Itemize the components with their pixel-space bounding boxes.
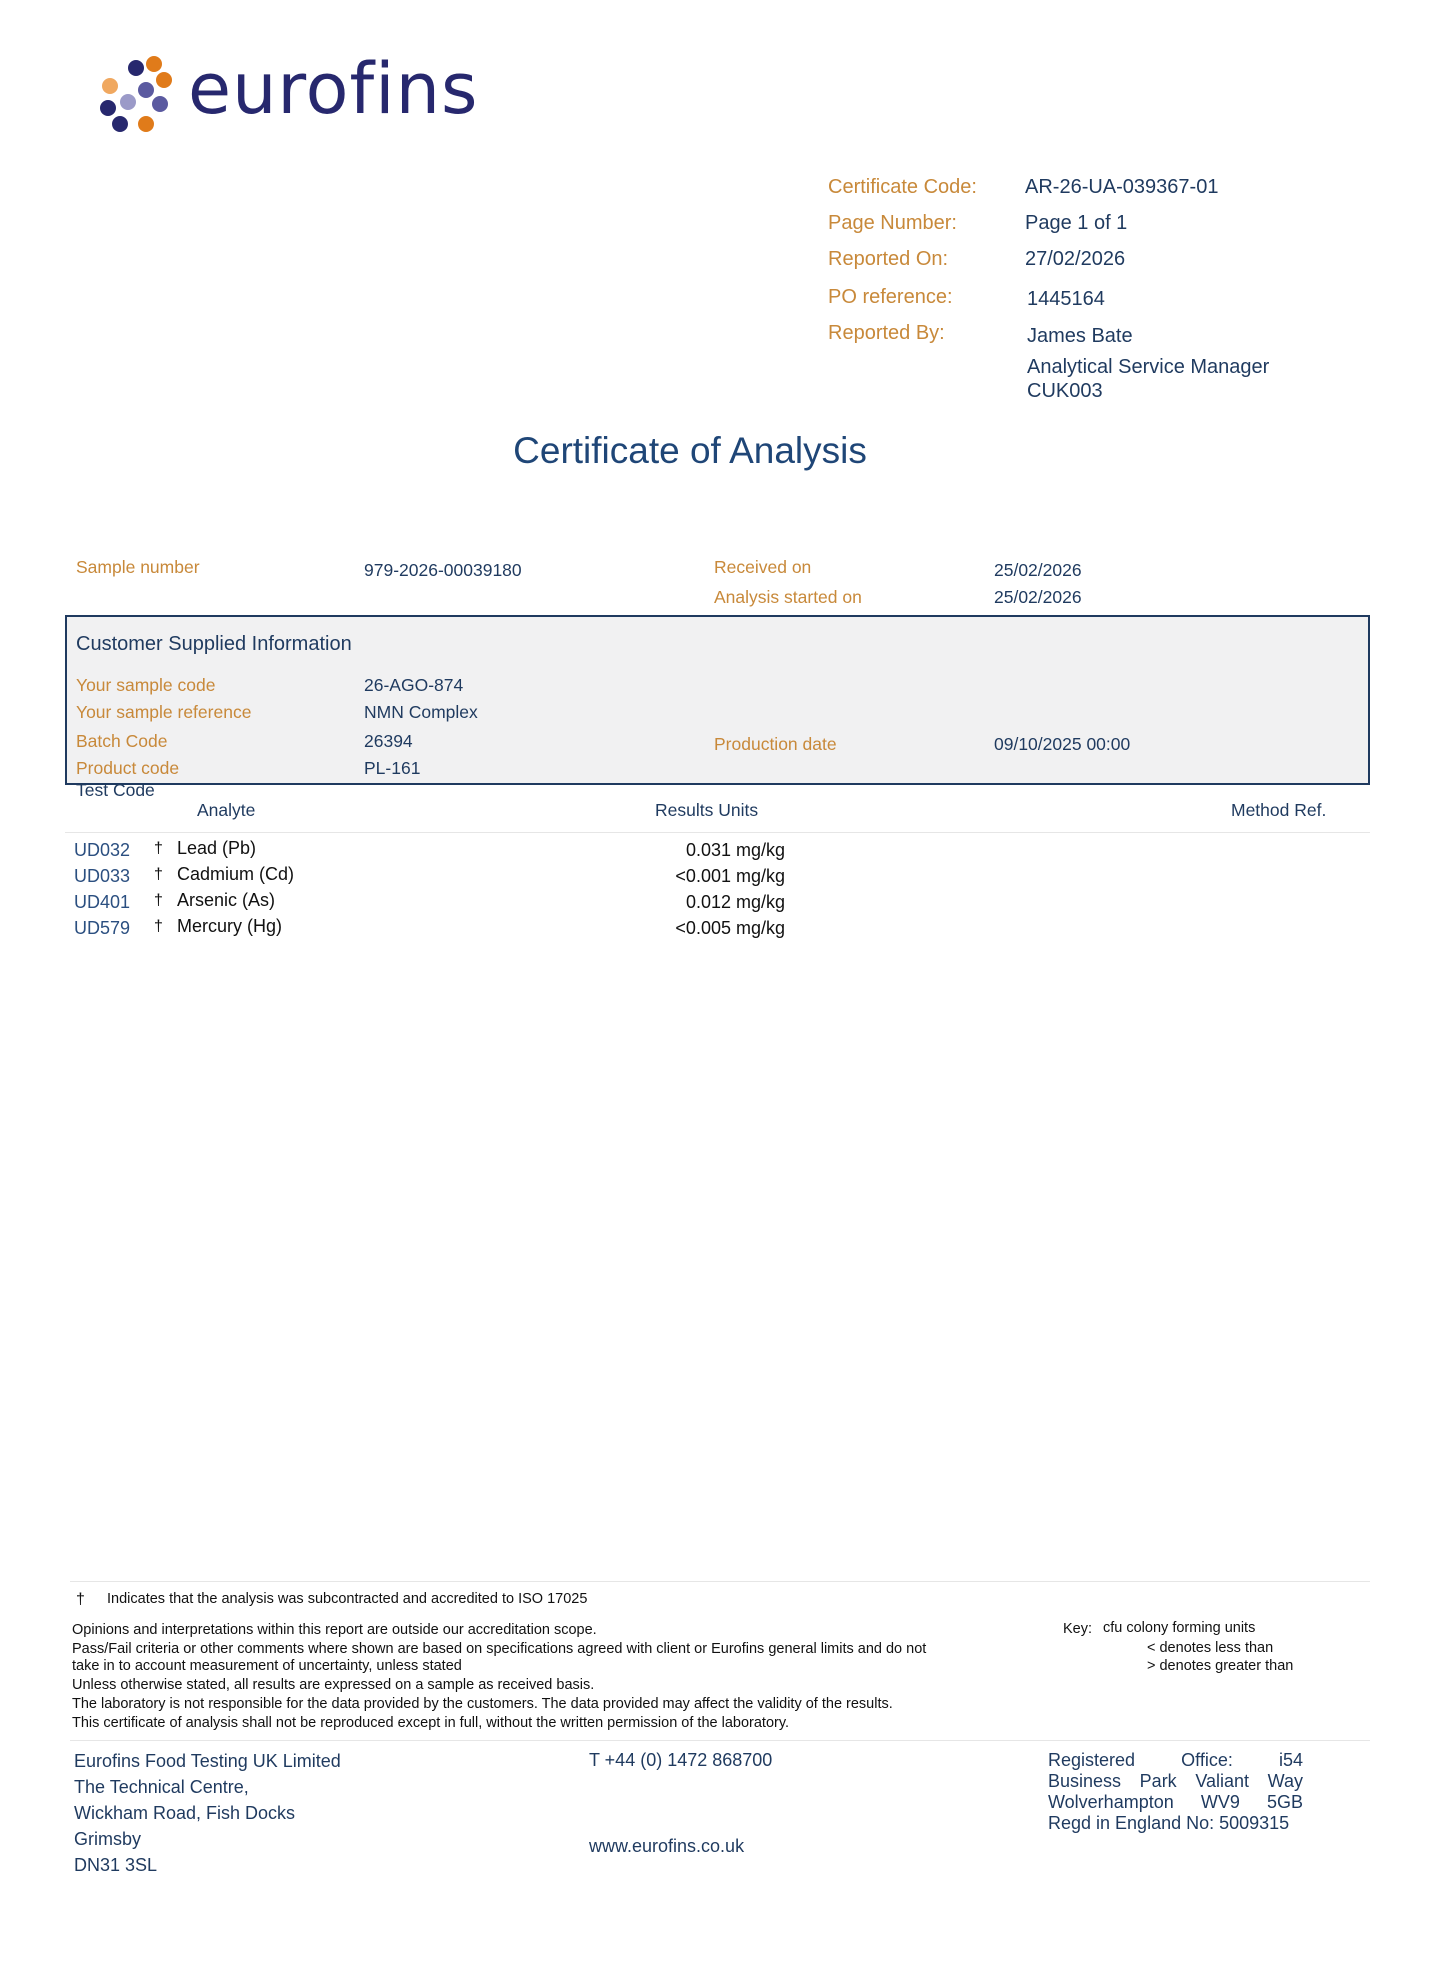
dagger-icon: † <box>154 866 163 884</box>
sample-number-label: Sample number <box>76 557 200 578</box>
address-line: Grimsby <box>74 1829 141 1850</box>
po-reference-value: 1445164 <box>1027 288 1105 311</box>
header-test-code: Test Code <box>76 780 155 801</box>
company-name: Eurofins Food Testing UK Limited <box>74 1751 341 1772</box>
product-code-label: Product code <box>76 758 179 779</box>
sample-reference-value: NMN Complex <box>364 702 478 723</box>
analyte-name: Cadmium (Cd) <box>177 864 294 885</box>
sample-code-value: 26-AGO-874 <box>364 675 463 696</box>
dagger-icon: † <box>154 840 163 858</box>
analysis-started-label: Analysis started on <box>714 587 862 608</box>
po-reference-label: PO reference: <box>828 286 953 309</box>
certificate-code-value: AR-26-UA-039367-01 <box>1025 176 1218 199</box>
disclaimer-line: Unless otherwise stated, all results are… <box>72 1677 594 1693</box>
customer-info-title: Customer Supplied Information <box>76 633 352 656</box>
sample-code-label: Your sample code <box>76 675 215 696</box>
disclaimer-line: The laboratory is not responsible for th… <box>72 1696 893 1712</box>
received-on-label: Received on <box>714 557 811 578</box>
address-line: The Technical Centre, <box>74 1777 249 1798</box>
batch-code-label: Batch Code <box>76 731 167 752</box>
eurofins-dots-logo-icon <box>100 56 180 136</box>
page-number-label: Page Number: <box>828 212 957 235</box>
batch-code-value: 26394 <box>364 731 413 752</box>
received-on-value: 25/02/2026 <box>994 560 1082 581</box>
production-date-label: Production date <box>714 734 837 755</box>
website-link[interactable]: www.eurofins.co.uk <box>589 1836 744 1857</box>
sample-reference-label: Your sample reference <box>76 702 251 723</box>
postcode: DN31 3SL <box>74 1855 157 1876</box>
result-value: 0.012 mg/kg <box>565 892 785 913</box>
product-code-value: PL-161 <box>364 758 420 779</box>
reporter-code: CUK003 <box>1027 380 1103 403</box>
result-value: <0.001 mg/kg <box>565 866 785 887</box>
analyte-name: Lead (Pb) <box>177 838 256 859</box>
registered-office: Registered Office: i54 Business Park Val… <box>1048 1750 1303 1834</box>
analyte-name: Arsenic (As) <box>177 890 275 911</box>
certificate-code-label: Certificate Code: <box>828 176 977 199</box>
test-code: UD033 <box>74 866 130 887</box>
production-date-value: 09/10/2025 00:00 <box>994 734 1130 755</box>
reported-on-value: 27/02/2026 <box>1025 248 1125 271</box>
result-value: 0.031 mg/kg <box>565 840 785 861</box>
registered-line: Business Park Valiant Way <box>1048 1771 1303 1792</box>
dagger-icon: † <box>154 918 163 936</box>
disclaimer-line: Pass/Fail criteria or other comments whe… <box>72 1641 926 1657</box>
eurofins-logo: eurofins <box>100 56 480 136</box>
sample-number-value: 979-2026-00039180 <box>364 560 522 581</box>
header-method-ref: Method Ref. <box>1231 800 1326 821</box>
page-number-value: Page 1 of 1 <box>1025 212 1127 235</box>
notes-top-divider <box>70 1581 1370 1582</box>
key-item: > denotes greater than <box>1147 1658 1293 1674</box>
key-label: Key: <box>1063 1621 1092 1637</box>
analyte-name: Mercury (Hg) <box>177 916 282 937</box>
reported-on-label: Reported On: <box>828 248 948 271</box>
reported-by-value: James Bate <box>1027 325 1133 348</box>
test-code: UD579 <box>74 918 130 939</box>
header-results-units: Results Units <box>655 800 758 821</box>
brand-name: eurofins <box>188 48 478 130</box>
result-value: <0.005 mg/kg <box>565 918 785 939</box>
key-item: cfu colony forming units <box>1103 1620 1255 1636</box>
analysis-started-value: 25/02/2026 <box>994 587 1082 608</box>
disclaimer-line: This certificate of analysis shall not b… <box>72 1715 789 1731</box>
reported-by-label: Reported By: <box>828 322 945 345</box>
page-title: Certificate of Analysis <box>0 430 1380 472</box>
test-code: UD401 <box>74 892 130 913</box>
registered-line: Wolverhampton WV9 5GB <box>1048 1792 1303 1813</box>
key-item: < denotes less than <box>1147 1640 1273 1656</box>
phone-number: T +44 (0) 1472 868700 <box>589 1750 772 1771</box>
test-code: UD032 <box>74 840 130 861</box>
reporter-title: Analytical Service Manager <box>1027 356 1269 379</box>
disclaimer-line: take in to account measurement of uncert… <box>72 1658 462 1674</box>
table-header-divider <box>65 832 1370 833</box>
registered-line: Regd in England No: 5009315 <box>1048 1813 1303 1834</box>
registered-line: Registered Office: i54 <box>1048 1750 1303 1771</box>
footer-divider <box>70 1740 1370 1741</box>
header-analyte: Analyte <box>197 800 255 821</box>
address-line: Wickham Road, Fish Docks <box>74 1803 295 1824</box>
disclaimer-line: Opinions and interpretations within this… <box>72 1622 597 1638</box>
dagger-icon: † <box>154 892 163 910</box>
dagger-icon: † <box>76 1591 85 1609</box>
dagger-note: Indicates that the analysis was subcontr… <box>107 1591 587 1607</box>
